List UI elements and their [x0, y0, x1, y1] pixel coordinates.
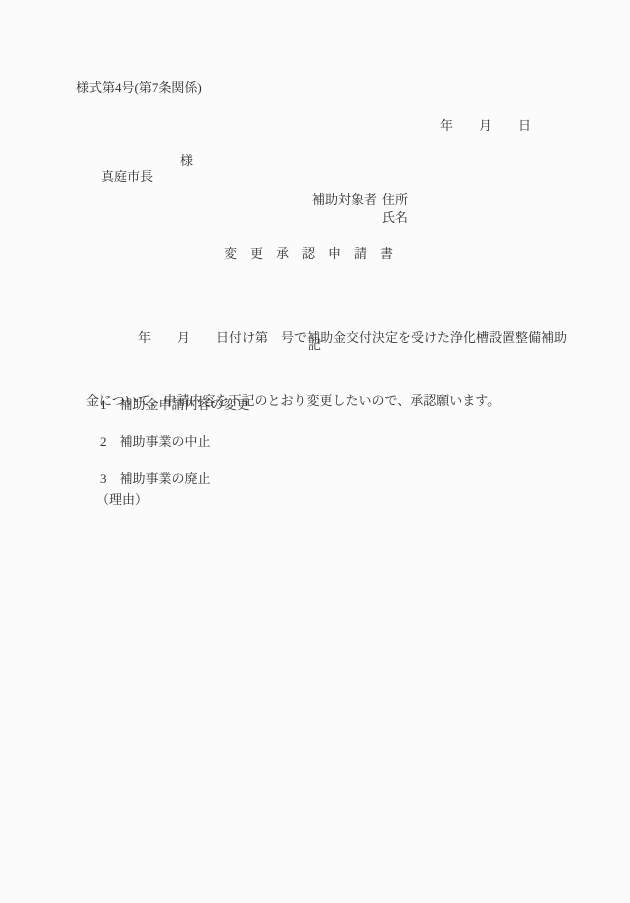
applicant-label: 補助対象者: [312, 192, 377, 208]
list-item-number: 1: [100, 397, 120, 413]
addressee-honorific: 様: [180, 153, 193, 169]
list-item-number: 3: [100, 471, 120, 487]
document-title: 変 更 承 認 申 請 書: [224, 246, 393, 262]
list-item-label: 補助事業の廃止: [120, 471, 211, 486]
list-item-label: 補助金申請内容の変更: [120, 397, 250, 412]
form-number: 様式第4号(第7条関係): [76, 80, 202, 96]
date-blank-line: 年 月 日: [440, 118, 531, 134]
body-line-1: 年 月 日付け第 号で補助金交付決定を受けた浄化槽設置整備補助: [86, 327, 591, 348]
list-item-number: 2: [100, 434, 120, 450]
list-item-label: 補助事業の中止: [120, 434, 211, 449]
reason-label: （理由）: [96, 492, 148, 508]
application-form-page: 様式第4号(第7条関係) 年 月 日 真庭市長 様 補助対象者 住所 氏名 変 …: [0, 0, 630, 903]
addressee-name: 真庭市長: [101, 169, 153, 184]
applicant-address-label: 住所: [382, 192, 408, 208]
applicant-name-label: 氏名: [382, 210, 408, 226]
record-marker: 記: [308, 337, 321, 353]
addressee-line: 真庭市長 様: [88, 153, 153, 217]
